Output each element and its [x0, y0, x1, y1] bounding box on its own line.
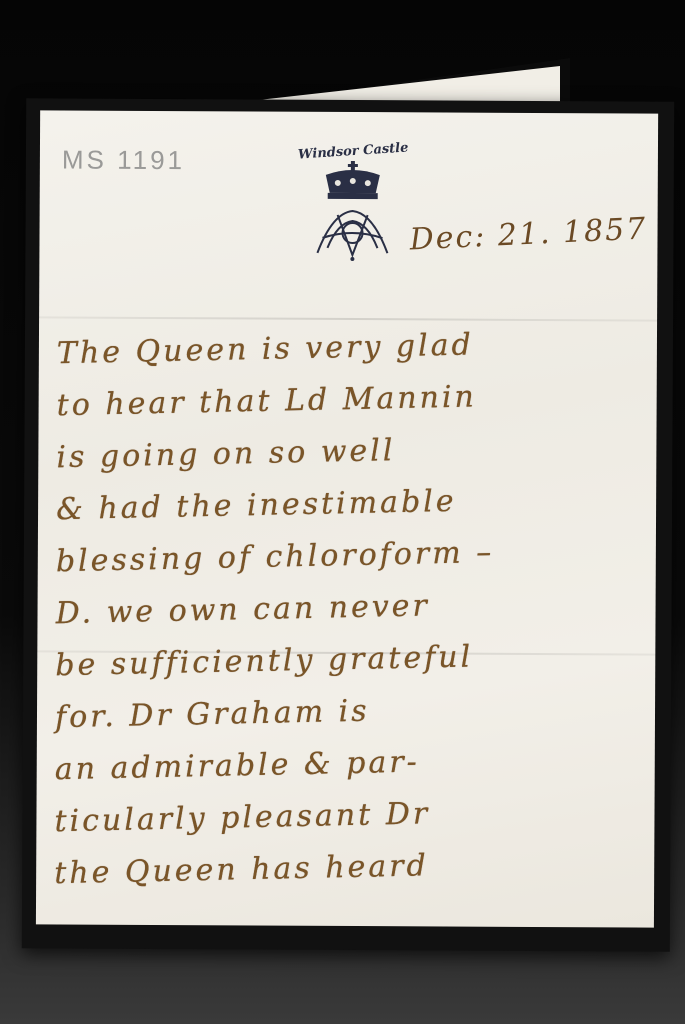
letter-body: The Queen is very glad to hear that Ld M… [54, 320, 647, 895]
letter-card: MS 1191 Windsor Castle [22, 98, 674, 951]
handwritten-line: the Queen has heard [54, 836, 645, 900]
letterhead-title: Windsor Castle [297, 140, 408, 162]
archive-mark: MS 1191 [62, 144, 185, 176]
letterhead: Windsor Castle [287, 140, 418, 268]
letter-paper: MS 1191 Windsor Castle [36, 110, 658, 927]
letter-date: Dec: 21. 1857 [409, 211, 648, 257]
crown-icon [318, 161, 388, 201]
monogram-icon [307, 203, 397, 263]
